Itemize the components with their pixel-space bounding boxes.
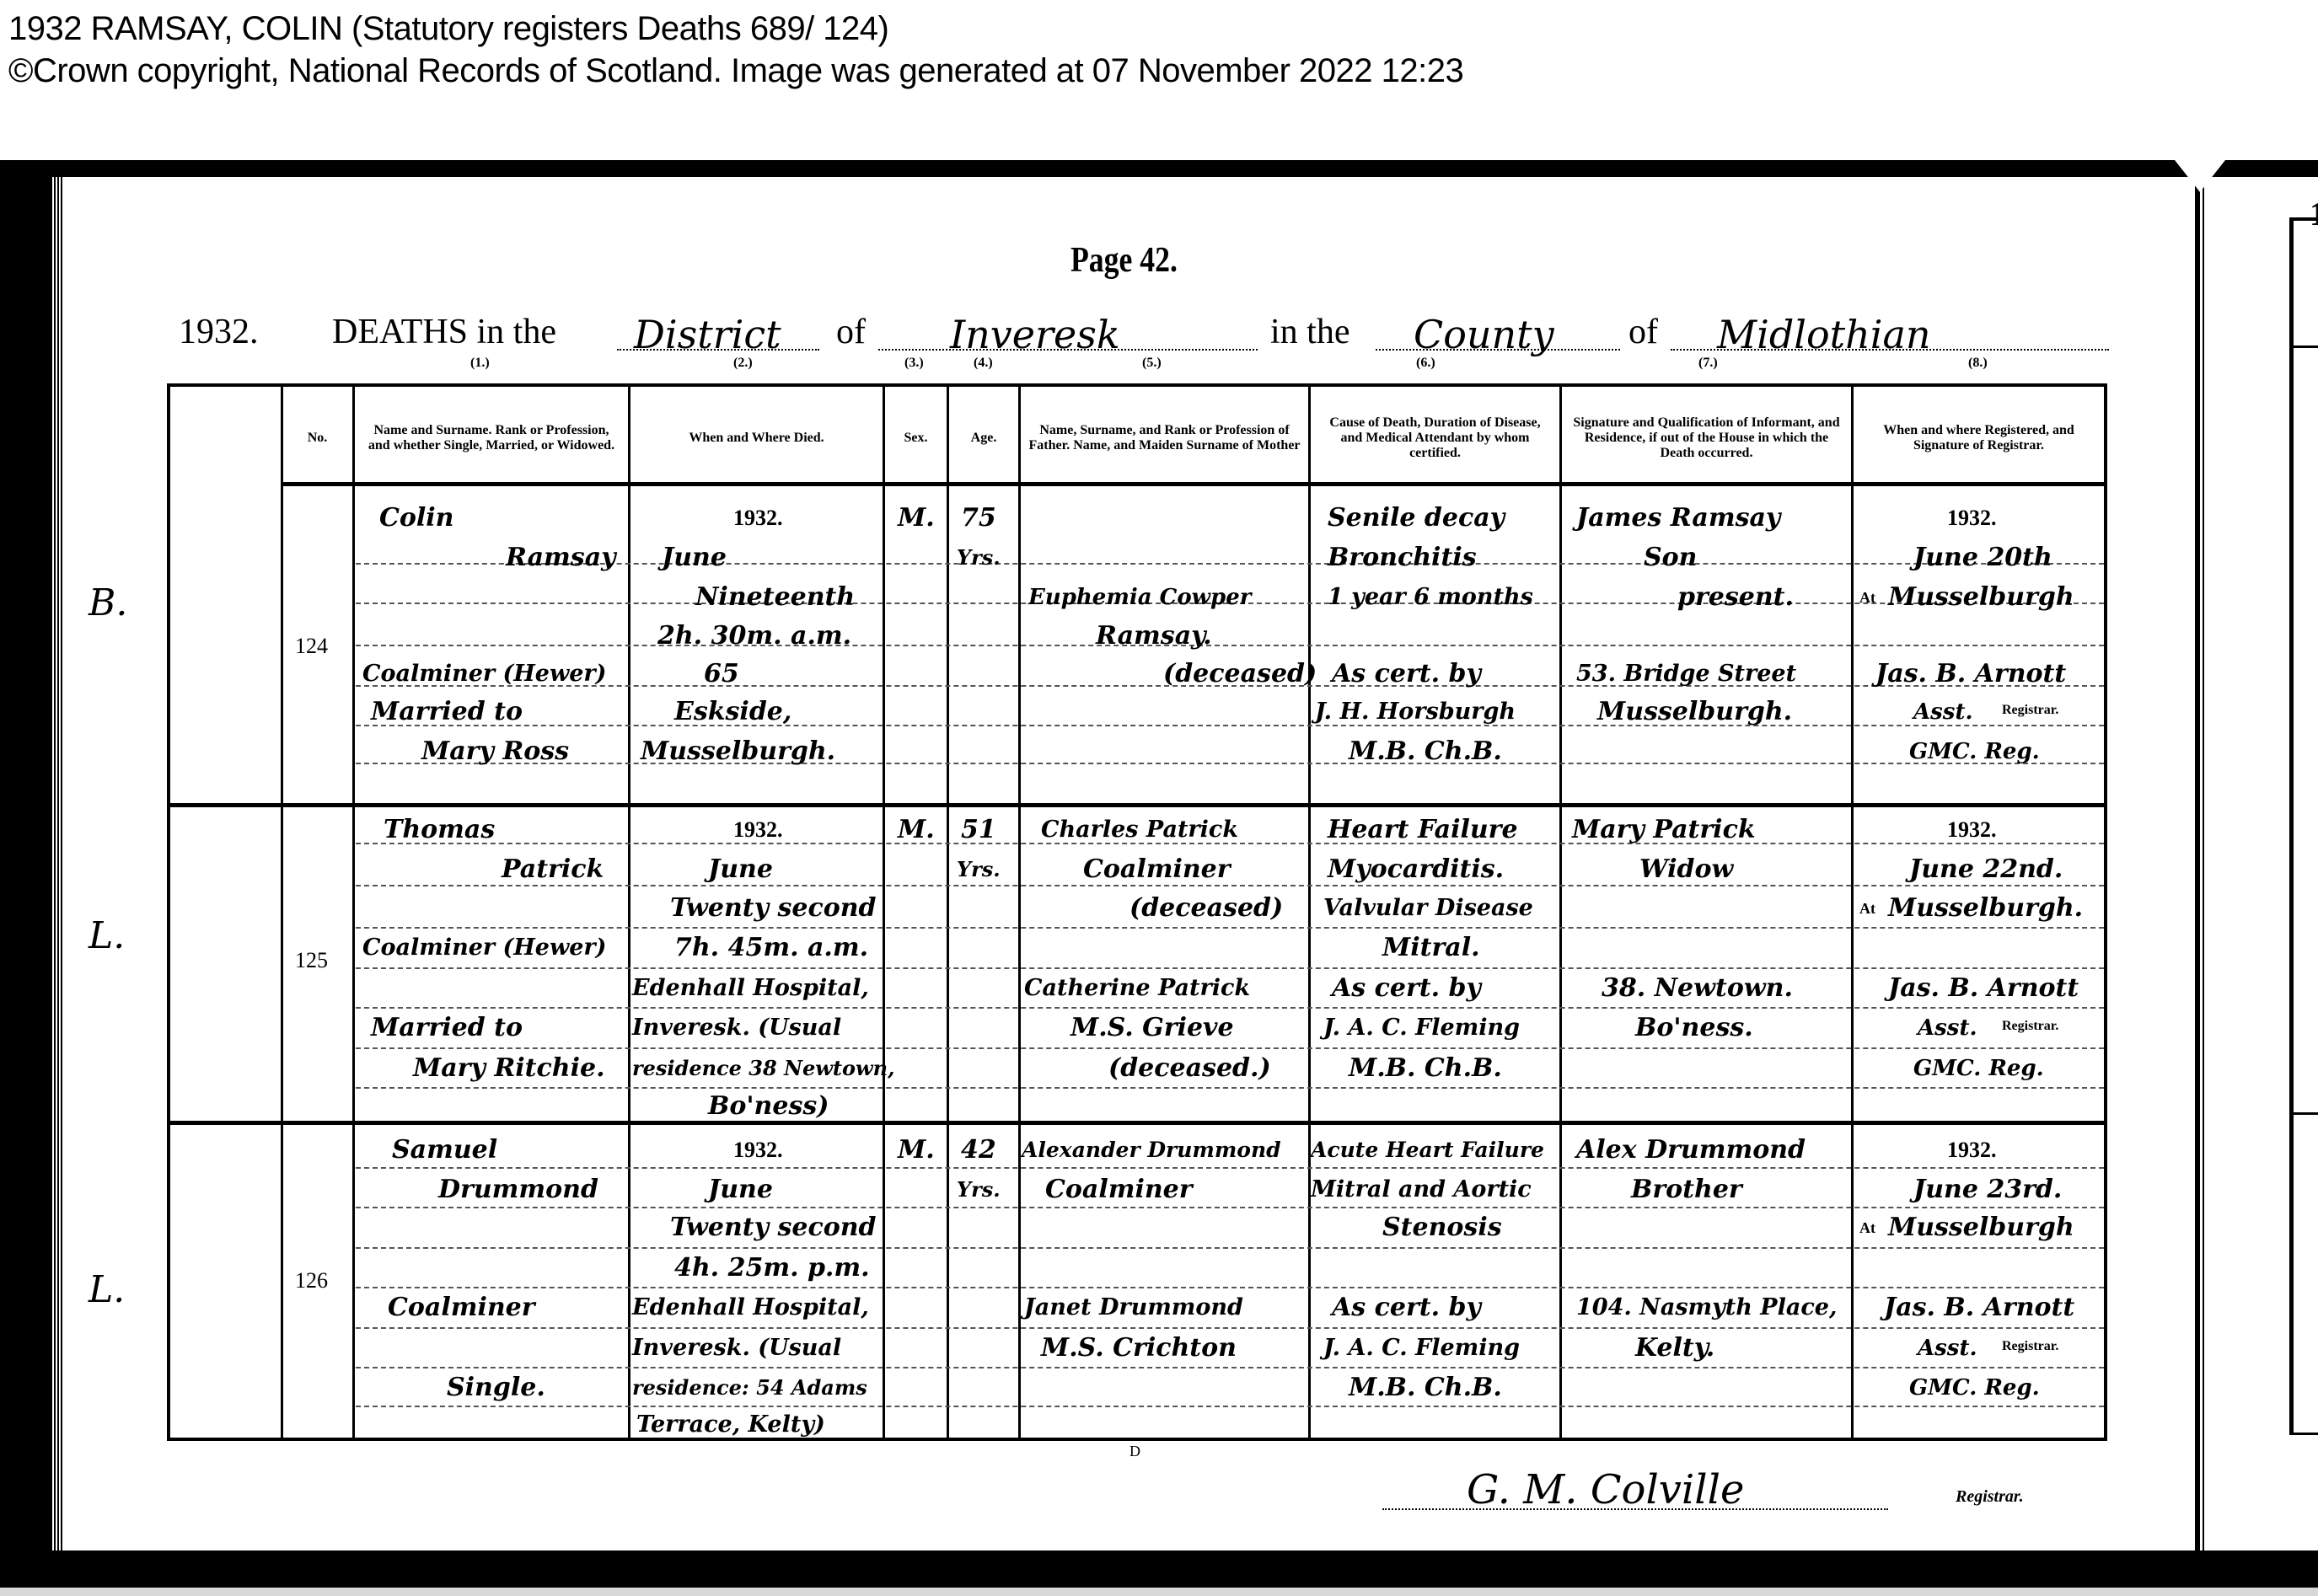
certification: As cert. by — [1332, 653, 1481, 695]
column-divider — [883, 383, 885, 1441]
register-title: 1932. DEATHS in the District of Inveresk… — [179, 312, 2109, 362]
informant-name: Alex Drummond — [1576, 1129, 1806, 1171]
informant-town: Bo'ness. — [1635, 1007, 1753, 1049]
column-number: (7.) — [1698, 356, 1718, 371]
column-divider — [352, 383, 355, 1441]
sex: M. — [898, 1129, 935, 1171]
death-place: Edenhall Hospital, — [632, 1287, 869, 1329]
registrar-reference: GMC. Reg. — [1909, 731, 2040, 773]
fill-line — [878, 349, 1258, 351]
header-age: Age. — [949, 396, 1018, 480]
informant-relation: Widow — [1639, 849, 1733, 891]
marital-status: Married to — [371, 691, 523, 733]
spouse-name: Mary Ross — [421, 731, 569, 773]
registrar-reference: GMC. Reg. — [1913, 1047, 2044, 1090]
registrar-signature-footer: G. M. Colville — [1467, 1466, 1744, 1513]
informant-town: Kelty. — [1635, 1327, 1714, 1369]
informant-address: 104. Nasmyth Place, — [1576, 1287, 1837, 1329]
cause-of-death: Mitral and Aortic — [1311, 1169, 1532, 1211]
deceased-occupation: Coalminer (Hewer) — [362, 927, 606, 969]
margin-mark: B. — [89, 581, 127, 624]
medical-qualification: M.B. Ch.B. — [1349, 1047, 1502, 1090]
death-time: 2h. 30m. a.m. — [657, 615, 851, 657]
in-the-label: in the — [1270, 312, 1349, 352]
entry-number: 124 — [295, 634, 328, 659]
header-name: Name and Surname. Rank or Profession, an… — [355, 396, 628, 480]
deceased-surname: Drummond — [438, 1169, 598, 1211]
column-number: (4.) — [974, 356, 993, 371]
medical-attendant: J. A. C. Fleming — [1323, 1007, 1520, 1049]
sex: M. — [898, 809, 935, 851]
mother-name: Janet Drummond — [1024, 1287, 1243, 1329]
marital-status: Married to — [371, 1007, 523, 1049]
cause-of-death: Senile decay — [1328, 497, 1505, 539]
usual-residence: residence 38 Newtown, — [632, 1047, 894, 1090]
marital-status: Single. — [447, 1367, 545, 1409]
informant-presence: present. — [1677, 576, 1794, 619]
age: 51 — [961, 809, 996, 851]
signature-line — [1382, 1508, 1888, 1510]
of-label: of — [836, 312, 866, 352]
facing-page — [2204, 177, 2318, 1550]
death-day: Twenty second — [670, 887, 877, 929]
cause-of-death: Heart Failure — [1328, 809, 1518, 851]
registration-date: June 22nd. — [1909, 849, 2063, 891]
cause-of-death: Valvular Disease — [1323, 887, 1533, 929]
column-divider — [1018, 383, 1021, 1441]
death-place: Edenhall Hospital, — [632, 967, 869, 1010]
column-number: (6.) — [1416, 356, 1435, 371]
disease-duration: 1 year 6 months — [1328, 576, 1533, 619]
certification: As cert. by — [1332, 1287, 1481, 1329]
registrar-label: Registrar. — [2002, 689, 2058, 731]
death-day: Nineteenth — [695, 576, 855, 619]
death-place: Inveresk. (Usual — [632, 1007, 841, 1049]
facing-table-rule — [2293, 1112, 2318, 1115]
mother-status: (deceased.) — [1108, 1047, 1271, 1090]
deceased-forename: Samuel — [392, 1129, 497, 1171]
entry-divider — [167, 1121, 2107, 1125]
registrar-title: Asst. — [1918, 1007, 1977, 1049]
death-time: 4h. 25m. p.m. — [674, 1247, 870, 1289]
informant-relation: Brother — [1631, 1169, 1742, 1211]
registrar-label: Registrar. — [2002, 1326, 2058, 1368]
cause-of-death: Mitral. — [1382, 927, 1480, 969]
informant-address: 38. Newtown. — [1602, 967, 1793, 1010]
writing-rule — [356, 1207, 2104, 1208]
margin-mark: L. — [89, 914, 125, 957]
father-name: Alexander Drummond — [1022, 1129, 1281, 1171]
informant-relation: Son — [1644, 537, 1698, 579]
certification: As cert. by — [1332, 967, 1481, 1010]
at-label: At — [1859, 887, 1875, 929]
mother-name: Catherine Patrick — [1024, 967, 1250, 1010]
header-parents: Name, Surname, and Rank or Profession of… — [1021, 396, 1308, 480]
page-edge — [52, 177, 64, 1550]
book-gutter — [2195, 169, 2200, 1559]
registrar-title: Asst. — [1918, 1327, 1977, 1369]
medical-attendant: J. A. C. Fleming — [1323, 1327, 1520, 1369]
header-informant: Signature and Qualification of Informant… — [1562, 396, 1851, 480]
usual-residence: Terrace, Kelty) — [636, 1404, 825, 1446]
death-address-street: Eskside, — [674, 691, 791, 733]
cause-of-death: Acute Heart Failure — [1311, 1129, 1544, 1171]
deceased-surname: Patrick — [502, 849, 604, 891]
age: 42 — [961, 1129, 996, 1171]
deceased-forename: Colin — [379, 497, 454, 539]
header-registered: When and where Registered, and Signature… — [1854, 396, 2104, 480]
writing-rule — [356, 725, 2104, 726]
informant-address: 53. Bridge Street — [1576, 653, 1796, 695]
header-no: No. — [282, 396, 352, 480]
death-year: 1932. — [733, 497, 783, 539]
registration-year: 1932. — [1947, 1129, 1997, 1171]
spouse-name: Mary Ritchie. — [413, 1047, 605, 1090]
copyright-notice: ©Crown copyright, National Records of Sc… — [8, 51, 1463, 91]
age-unit: Yrs. — [957, 1169, 1001, 1211]
registration-place: Musselburgh — [1888, 1207, 2074, 1249]
column-divider — [1559, 383, 1562, 1441]
writing-rule — [356, 1247, 2104, 1249]
cause-of-death: Myocarditis. — [1328, 849, 1504, 891]
facing-table-border — [2289, 1433, 2318, 1435]
page-mark: D — [1129, 1443, 1140, 1460]
death-month: June — [708, 849, 773, 891]
mother-maiden-surname: M.S. Crichton — [1041, 1327, 1237, 1369]
fill-line — [617, 349, 819, 351]
age-unit: Yrs. — [957, 849, 1001, 891]
column-number: (3.) — [904, 356, 924, 371]
of-label: of — [1629, 312, 1658, 352]
deaths-heading: DEATHS in the — [332, 312, 556, 352]
cause-of-death: Stenosis — [1382, 1207, 1502, 1249]
record-title: 1932 RAMSAY, COLIN (Statutory registers … — [8, 8, 888, 49]
registration-year: 1932. — [1947, 497, 1997, 539]
entry-divider — [167, 803, 2107, 807]
column-number: (2.) — [733, 356, 753, 371]
mother-status: (deceased) — [1163, 653, 1317, 695]
death-time: 7h. 45m. a.m. — [674, 927, 868, 969]
medical-qualification: M.B. Ch.B. — [1349, 731, 1502, 773]
mother-maiden-surname: M.S. Grieve — [1070, 1007, 1234, 1049]
margin-mark: L. — [89, 1268, 125, 1311]
father-status: (deceased) — [1129, 887, 1283, 929]
registrar-reference: GMC. Reg. — [1909, 1367, 2040, 1409]
father-occupation: Coalminer — [1083, 849, 1231, 891]
column-number: (1.) — [470, 356, 490, 371]
mother-name: Euphemia Cowper — [1028, 576, 1251, 619]
fill-line — [1376, 349, 1620, 351]
mother-surname: Ramsay. — [1096, 615, 1212, 657]
registrar-signature: Jas. B. Arnott — [1888, 967, 2079, 1010]
entry-number: 125 — [295, 948, 328, 973]
informant-town: Musselburgh. — [1597, 691, 1792, 733]
gutter-notch — [2175, 160, 2225, 192]
registrar-label-footer: Registrar. — [1956, 1487, 2024, 1507]
usual-residence: residence: 54 Adams — [632, 1367, 867, 1409]
deceased-occupation: Coalminer — [388, 1287, 535, 1329]
entry-number: 126 — [295, 1268, 328, 1293]
register-year: 1932. — [179, 312, 259, 352]
page-number: Page 42. — [1070, 240, 1178, 281]
usual-residence: Bo'ness) — [708, 1085, 829, 1127]
column-divider — [281, 383, 283, 1441]
deceased-occupation: Coalminer (Hewer) — [362, 653, 606, 695]
death-month: June — [662, 537, 727, 579]
medical-attendant: J. H. Horsburgh — [1315, 691, 1516, 733]
column-divider — [1308, 383, 1311, 1441]
age-unit: Yrs. — [957, 537, 1001, 579]
deceased-forename: Thomas — [384, 809, 495, 851]
column-divider — [628, 383, 630, 1441]
viewer-bottom-bar — [0, 1588, 2318, 1596]
informant-name: James Ramsay — [1576, 497, 1780, 539]
registrar-title: Asst. — [1913, 691, 1973, 733]
writing-rule — [356, 763, 2104, 764]
at-label: At — [1859, 576, 1875, 619]
death-address-town: Musselburgh. — [641, 731, 835, 773]
death-year: 1932. — [733, 809, 783, 851]
registration-date: June 23rd. — [1913, 1169, 2062, 1211]
fill-line — [1671, 349, 2109, 351]
cause-of-death: Bronchitis — [1328, 537, 1477, 579]
father-occupation: Coalminer — [1045, 1169, 1193, 1211]
facing-table-rule — [2293, 345, 2318, 348]
column-number: (5.) — [1142, 356, 1162, 371]
registrar-label: Registrar. — [2002, 1005, 2058, 1047]
header-sex: Sex. — [885, 396, 947, 480]
sex: M. — [898, 497, 935, 539]
header-rule — [281, 482, 2107, 486]
facing-page-mark: 1 — [2310, 194, 2318, 233]
header-when-where: When and Where Died. — [630, 396, 883, 480]
writing-rule — [356, 563, 2104, 565]
father-name: Charles Patrick — [1041, 809, 1238, 851]
age: 75 — [961, 497, 996, 539]
at-label: At — [1859, 1207, 1875, 1249]
column-number: (8.) — [1968, 356, 1988, 371]
death-day: Twenty second — [670, 1207, 877, 1249]
writing-rule — [356, 1406, 2104, 1407]
column-divider — [1851, 383, 1854, 1441]
facing-table-border — [2289, 219, 2294, 1433]
death-place: Inveresk. (Usual — [632, 1327, 841, 1369]
death-address-number: 65 — [704, 653, 739, 695]
header-cause: Cause of Death, Duration of Disease, and… — [1311, 396, 1559, 480]
death-month: June — [708, 1169, 773, 1211]
column-divider — [947, 383, 949, 1441]
writing-rule — [356, 645, 2104, 646]
medical-qualification: M.B. Ch.B. — [1349, 1367, 1502, 1409]
registration-year: 1932. — [1947, 809, 1997, 851]
registration-place: Musselburgh. — [1888, 887, 2083, 929]
death-year: 1932. — [733, 1129, 783, 1171]
deceased-surname: Ramsay — [506, 537, 616, 579]
registration-place: Musselburgh — [1888, 576, 2074, 619]
registration-date: June 20th — [1913, 537, 2052, 579]
informant-name: Mary Patrick — [1572, 809, 1756, 851]
registrar-signature: Jas. B. Arnott — [1884, 1287, 2074, 1329]
